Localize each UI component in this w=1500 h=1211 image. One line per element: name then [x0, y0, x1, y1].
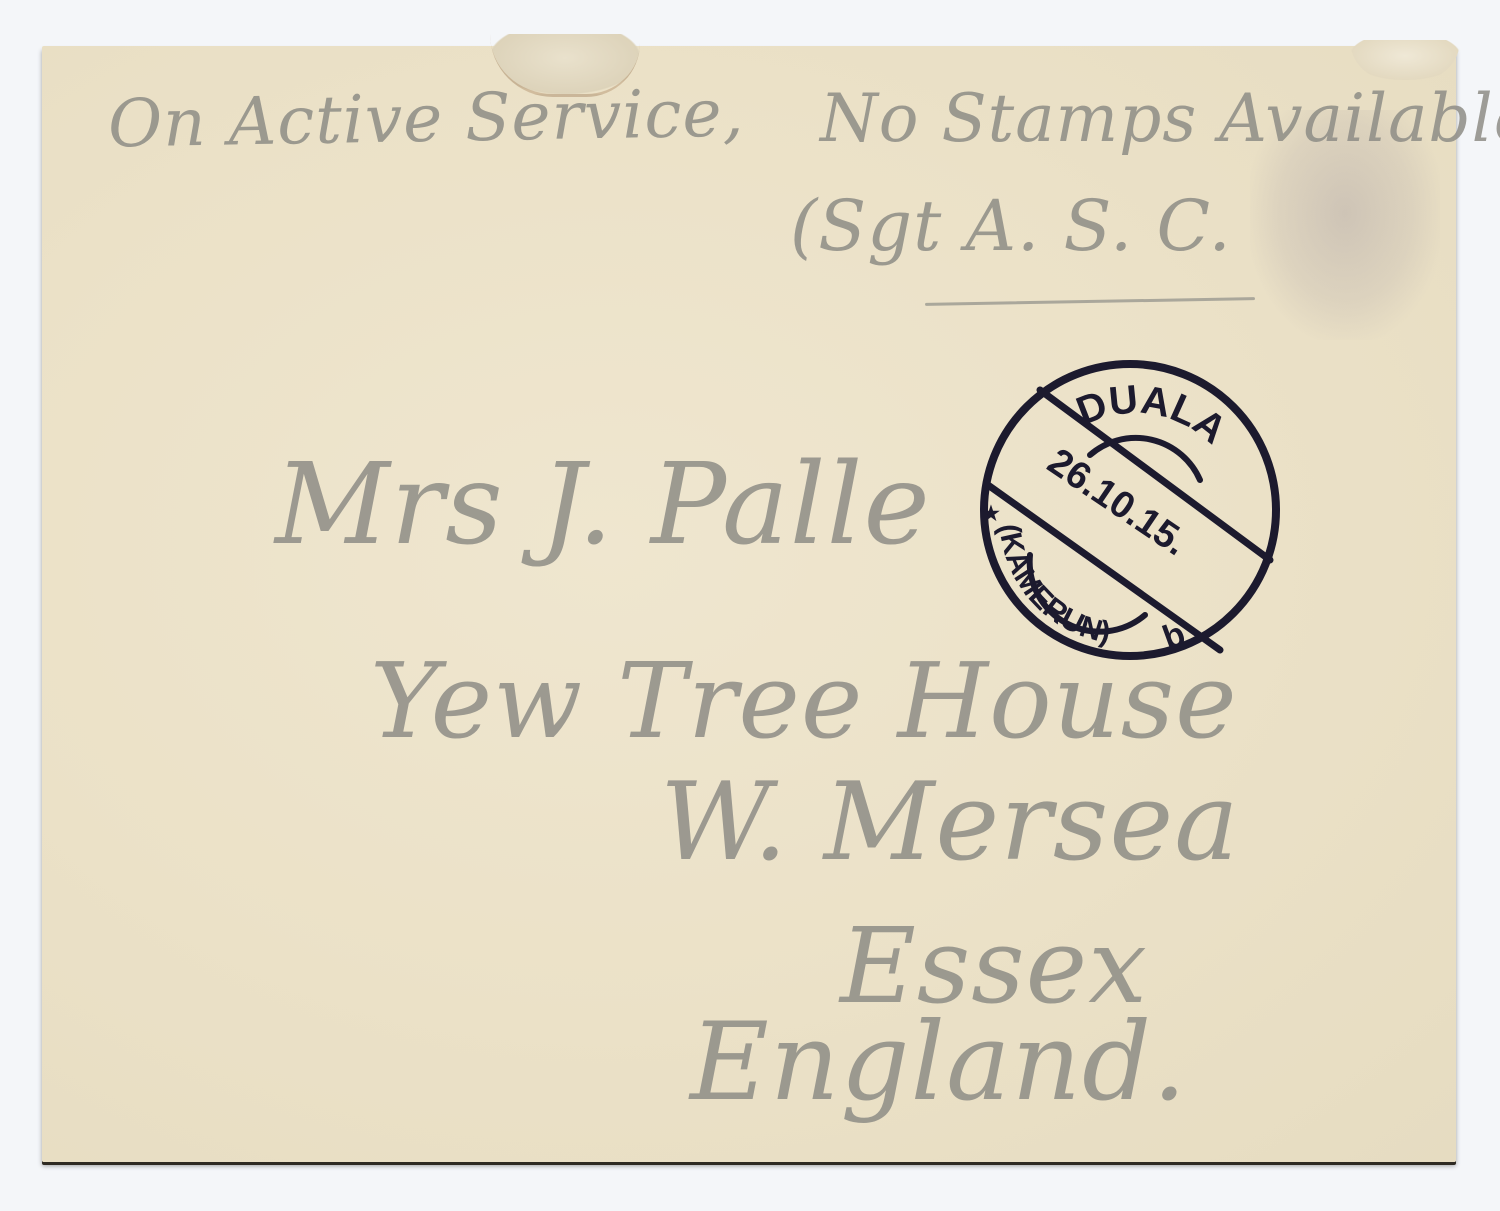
postmark-cancel: DUALA 26.10.15. (KAMERUN) b ★	[970, 350, 1290, 670]
address-country: England.	[690, 1000, 1187, 1125]
address-recipient-name: Mrs J. Palle	[275, 440, 931, 570]
endorsement-active-service: On Active Service,	[107, 74, 745, 162]
postmark-date: 26.10.15.	[1040, 441, 1195, 564]
endorsement-sender-rank: (Sgt A. S. C.	[790, 185, 1232, 267]
endorsement-no-stamps: No Stamps Available	[820, 80, 1500, 157]
star-icon: ★	[982, 503, 1000, 525]
address-town: W. Mersea	[660, 760, 1240, 885]
